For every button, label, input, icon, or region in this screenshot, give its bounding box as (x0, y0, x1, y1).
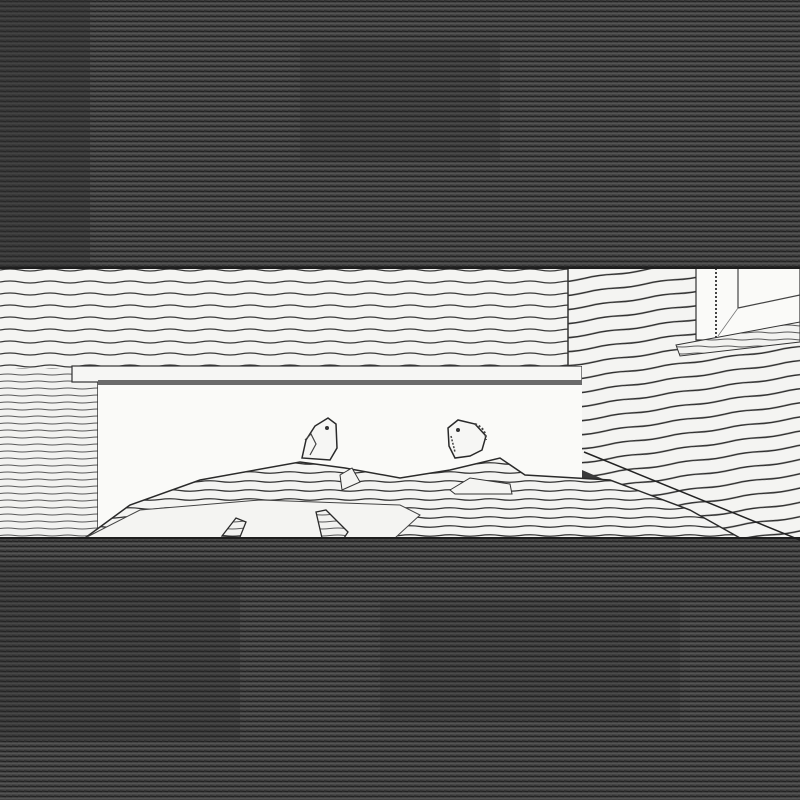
pencil-drawing (0, 0, 800, 800)
left-wall (0, 368, 98, 538)
back-wall (0, 268, 568, 368)
headboard (72, 366, 582, 382)
